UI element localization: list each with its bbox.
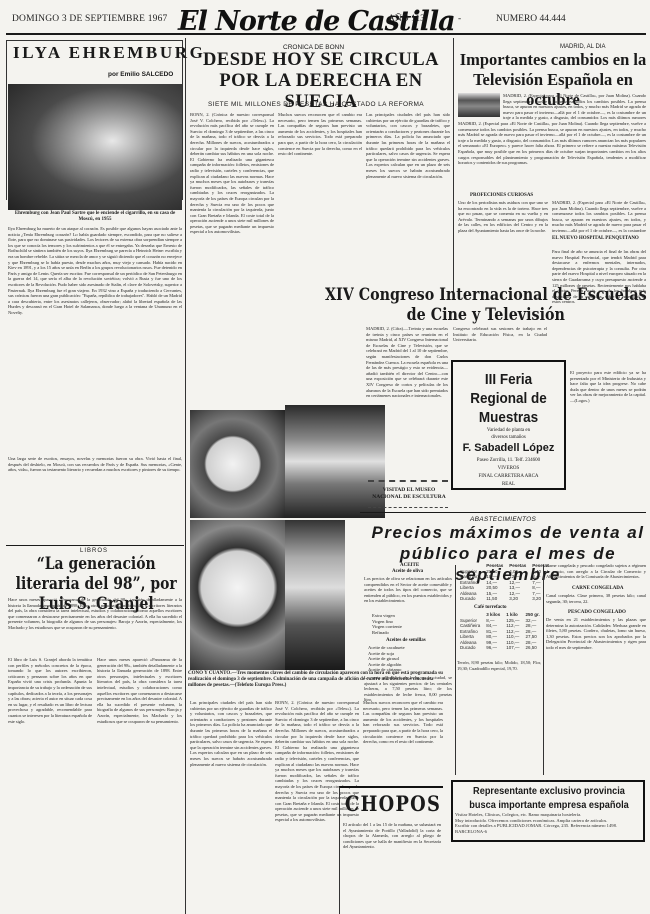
feria-line-2: diversos tamaños: [451, 435, 566, 441]
precios-right-col: Carne congelada y pescado congelado suje…: [546, 563, 646, 585]
representante-details: Visitar Hoteles, Clínicas, Colegios, etc…: [455, 812, 643, 834]
table-cell: 96,—: [483, 645, 503, 651]
feria-headline: III Feria Regional de Muestras: [457, 370, 561, 427]
semillas-list: Aceite de cacahuete Aceite de soja Aceit…: [368, 645, 405, 673]
section-rule: [6, 545, 184, 546]
table-cell: Ducado: [457, 645, 483, 651]
table-header-cell: Pesetas: [506, 563, 529, 569]
feria-line-4: FINAL CARRETERA ARCA: [451, 474, 566, 480]
tv-body-2: Uno de los periodistas más asiduos con q…: [458, 200, 548, 285]
congreso-headline: XIV Congreso Internacional de Escuelas d…: [322, 285, 650, 325]
ilya-body-cont: Una larga serie de escritos, ensayos, no…: [8, 456, 182, 542]
table-cell: 11,50: [483, 596, 506, 602]
issue-date: DOMINGO 3 DE SEPTIEMBRE 1967: [12, 14, 168, 24]
chopos-headline: CHOPOS: [345, 791, 441, 816]
issue-year: AÑO 113: [388, 14, 425, 24]
table-cell: 107,—: [503, 645, 522, 651]
congreso-body-2: Congreso celebrará sus sesiones de traba…: [453, 326, 547, 352]
ilya-byline: por Emilio SALCEDO: [108, 71, 173, 78]
aceite-head: ACEITE: [400, 563, 419, 568]
table-row: Ducado11,503,203,20: [457, 596, 552, 602]
masthead-separator: -: [458, 14, 461, 24]
ilya-headline: ILYA EHREMBURG: [13, 43, 205, 63]
aceite-price-table: PesetasPesetasPesetasSuperior21,504,054,…: [457, 563, 552, 602]
bonn-body-col2: Muchos suecos reconocen que el cambio er…: [278, 112, 362, 407]
aceite-type: Refinado: [372, 630, 402, 636]
ilya-photo-caption: Ehremburg con Jean Paul Sartre que le en…: [8, 211, 182, 223]
bonn-body-col3: Las principales ciudades del país han si…: [366, 112, 450, 282]
representante-line: Escribir con detalles a PUBLICIDAD JOMAR…: [455, 823, 643, 834]
bonn-cont-col1: Las principales ciudades del país han si…: [190, 700, 272, 910]
leche-body: La venta al público de leche en la ciuda…: [364, 675, 452, 780]
bonn-subheadline: SIETE MIL MILLONES DE PESETAS HA COSTADO…: [208, 101, 424, 108]
aceite-subhead: Aceite de oliva: [392, 569, 423, 574]
libros-body: Hace unos meses apareció «Panorama de la…: [8, 597, 182, 655]
cafe-price-table: 3 kilos1 kilo250 gr.Superior8,—125,—32,—…: [457, 612, 543, 651]
bonn-body-col1: BONN, 2. (Crónica de nuestro corresponsa…: [190, 112, 274, 407]
tv-building-illustration: [458, 93, 500, 117]
tv-body-3: MADRID, 2. (Especial para «El Norte de C…: [552, 200, 646, 235]
aceite-types: Extra virgen Virgen fino Virgen corrient…: [372, 613, 402, 635]
semillas-item: Aceite de cacahuete: [368, 645, 405, 651]
masthead-rule: [6, 33, 646, 35]
tv-lead: MADRID, 2. (Especial para «El Norte de C…: [503, 93, 646, 121]
pescado-head: PESCADO CONGELADO: [568, 610, 626, 615]
libros-body-col2: Hace unos meses apareció «Panorama de la…: [97, 657, 182, 907]
table-header-cell: 3 kilos: [483, 612, 503, 618]
hospital-section-head: EL NUEVO HOSPITAL PENQUITANO: [552, 236, 646, 242]
semillas-item: Aceite de cártamo: [368, 667, 405, 673]
chopos-body: El artículo del 1 a las 15 de la mañana,…: [343, 822, 441, 910]
libros-body-col1: El libro de Luis S. Granjel aborda la te…: [8, 657, 92, 907]
table-header-cell: Pesetas: [483, 563, 506, 569]
pescado-body: De venta en 21 establecimientos y las pl…: [546, 617, 646, 775]
hospital-body-2: El proyecto para este edificio ya se ha …: [570, 370, 646, 508]
congreso-body: MADRID, 2. (Cifra).—Treinta y una escuel…: [366, 326, 448, 476]
azucar-body: Terrón, 8,90 pesetas kilo; Molido, 18,50…: [457, 660, 541, 780]
museo-notice: VISITAD EL MUSEO NACIONAL DE ESCULTURA: [370, 487, 448, 501]
feria-address: Paseo Zorrilla, 11. Telf. 234600: [451, 458, 566, 464]
table-cell: Castiñeira: [457, 623, 483, 629]
ilya-body: Ilya Ehremburg ha muerto de un ataque al…: [8, 226, 182, 456]
representante-headline: Representante exclusivo provincia busca …: [463, 785, 636, 813]
cafe-head: Café torrefacto: [474, 605, 507, 610]
table-row: Ducado96,—107,—26,50: [457, 645, 543, 651]
car-photo-2: [285, 520, 345, 670]
aceite-type: Virgen corriente: [372, 624, 402, 630]
column-divider: [455, 565, 456, 775]
table-cell: 26,50: [523, 645, 543, 651]
carne-head: CARNE CONGELADA: [572, 586, 624, 591]
aceite-body: Los precios de oliva se relacionan en lo…: [364, 576, 452, 612]
column-divider: [185, 38, 186, 914]
feria-line-1: Variedad de planta en: [451, 428, 566, 434]
section-rule: [360, 512, 646, 513]
ilya-photo: [8, 84, 182, 210]
carne-body: Canal completa. Clase primera, 38 peseta…: [546, 593, 646, 609]
clock-photo-1: [190, 410, 285, 518]
tv-section-head: PROFECIONES CURIOSAS: [470, 193, 533, 198]
feria-company: F. Sabadell López: [451, 442, 566, 454]
table-cell: Ducado: [457, 596, 483, 602]
feria-line-5: REAL: [451, 482, 566, 488]
clock-photo-2: [190, 520, 285, 670]
feria-line-3: VIVEROS: [451, 466, 566, 472]
table-cell: Castiñeira: [457, 574, 483, 580]
tv-body: MADRID, 2. (Especial para «El Norte de C…: [458, 121, 646, 191]
table-header-cell: 250 gr.: [523, 612, 543, 618]
table-cell: 3,20: [506, 596, 529, 602]
issue-number: NUMERO 44.444: [496, 14, 566, 24]
semillas-head: Aceites de semillas: [386, 638, 426, 643]
